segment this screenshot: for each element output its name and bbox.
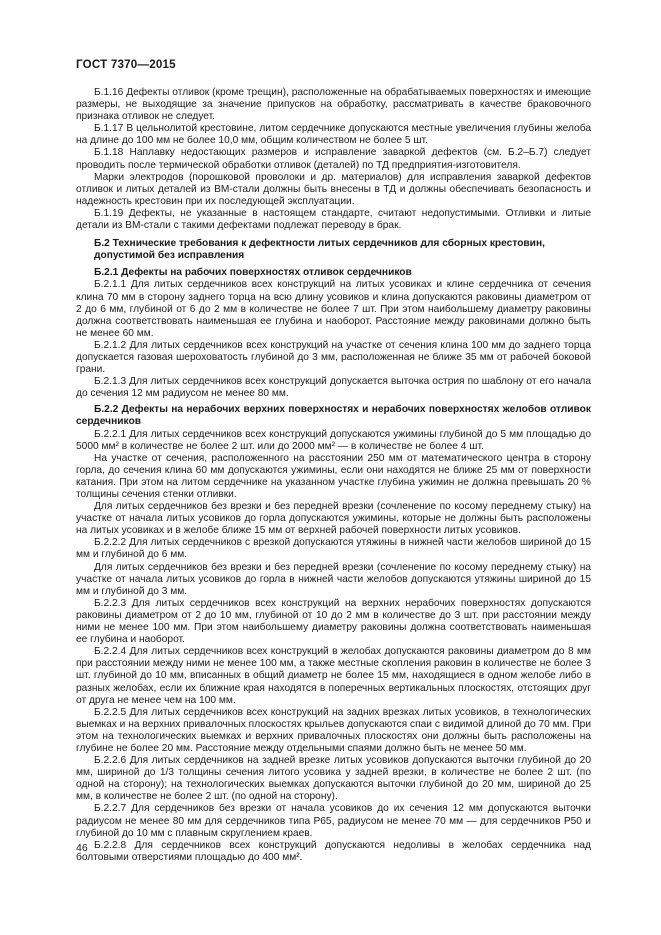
paragraph-b2-2-1: Б.2.2.1 Для литых сердечников всех конст… [76, 429, 591, 453]
paragraph-b2-1-1: Б.2.1.1 Для литых сердечников всех конст… [76, 279, 591, 339]
paragraph-b2-2-6: Б.2.2.6 Для литых сердечников на задней … [76, 755, 591, 803]
page-number: 46 [76, 842, 88, 854]
paragraph-b2-1-2: Б.2.1.2 Для литых сердечников всех конст… [76, 340, 591, 376]
paragraph-b2-2-3: Б.2.2.3 Для литых сердечников всех конст… [76, 598, 591, 646]
paragraph-b1-16: Б.1.16 Дефекты отливок (кроме трещин), р… [76, 87, 591, 123]
paragraph-b2-2-1-cont: На участке от сечения, расположенного на… [76, 453, 591, 501]
section-heading-b2-1: Б.2.1 Дефекты на рабочих поверхностях от… [76, 267, 591, 279]
paragraph-b2-2-5: Б.2.2.5 Для литых сердечников всех конст… [76, 707, 591, 755]
paragraph-b1-17: Б.1.17 В цельнолитой крестовине, литом с… [76, 123, 591, 147]
paragraph-b1-18: Б.1.18 Наплавку недостающих размеров и и… [76, 147, 591, 171]
paragraph-b2-2-4: Б.2.2.4 Для литых сердечников всех конст… [76, 646, 591, 706]
paragraph-b2-1-3: Б.2.1.3 Для литых сердечников всех конст… [76, 376, 591, 400]
section-heading-b2-2: Б.2.2 Дефекты на нерабочих верхних повер… [76, 404, 591, 428]
paragraph-b2-2-2: Б.2.2.2 Для литых сердечников с врезкой … [76, 537, 591, 561]
document-page: ГОСТ 7370—2015 Б.1.16 Дефекты отливок (к… [0, 0, 661, 935]
paragraph-b2-2-8: Б.2.2.8 Для сердечников всех конструкций… [76, 840, 591, 864]
paragraph-b2-2-1-cont2: Для литых сердечников без врезки и без п… [76, 501, 591, 537]
paragraph-electrodes: Марки электродов (порошковой проволоки и… [76, 172, 591, 208]
paragraph-b2-2-2-cont: Для литых сердечников без врезки и без п… [76, 562, 591, 598]
paragraph-b1-19: Б.1.19 Дефекты, не указанные в настоящем… [76, 208, 591, 232]
section-heading-b2: Б.2 Технические требования к дефектности… [94, 238, 591, 262]
paragraph-b2-2-7: Б.2.2.7 Для сердечников без врезки от на… [76, 803, 591, 839]
standard-number: ГОСТ 7370—2015 [76, 58, 591, 72]
document-body: Б.1.16 Дефекты отливок (кроме трещин), р… [76, 87, 591, 864]
